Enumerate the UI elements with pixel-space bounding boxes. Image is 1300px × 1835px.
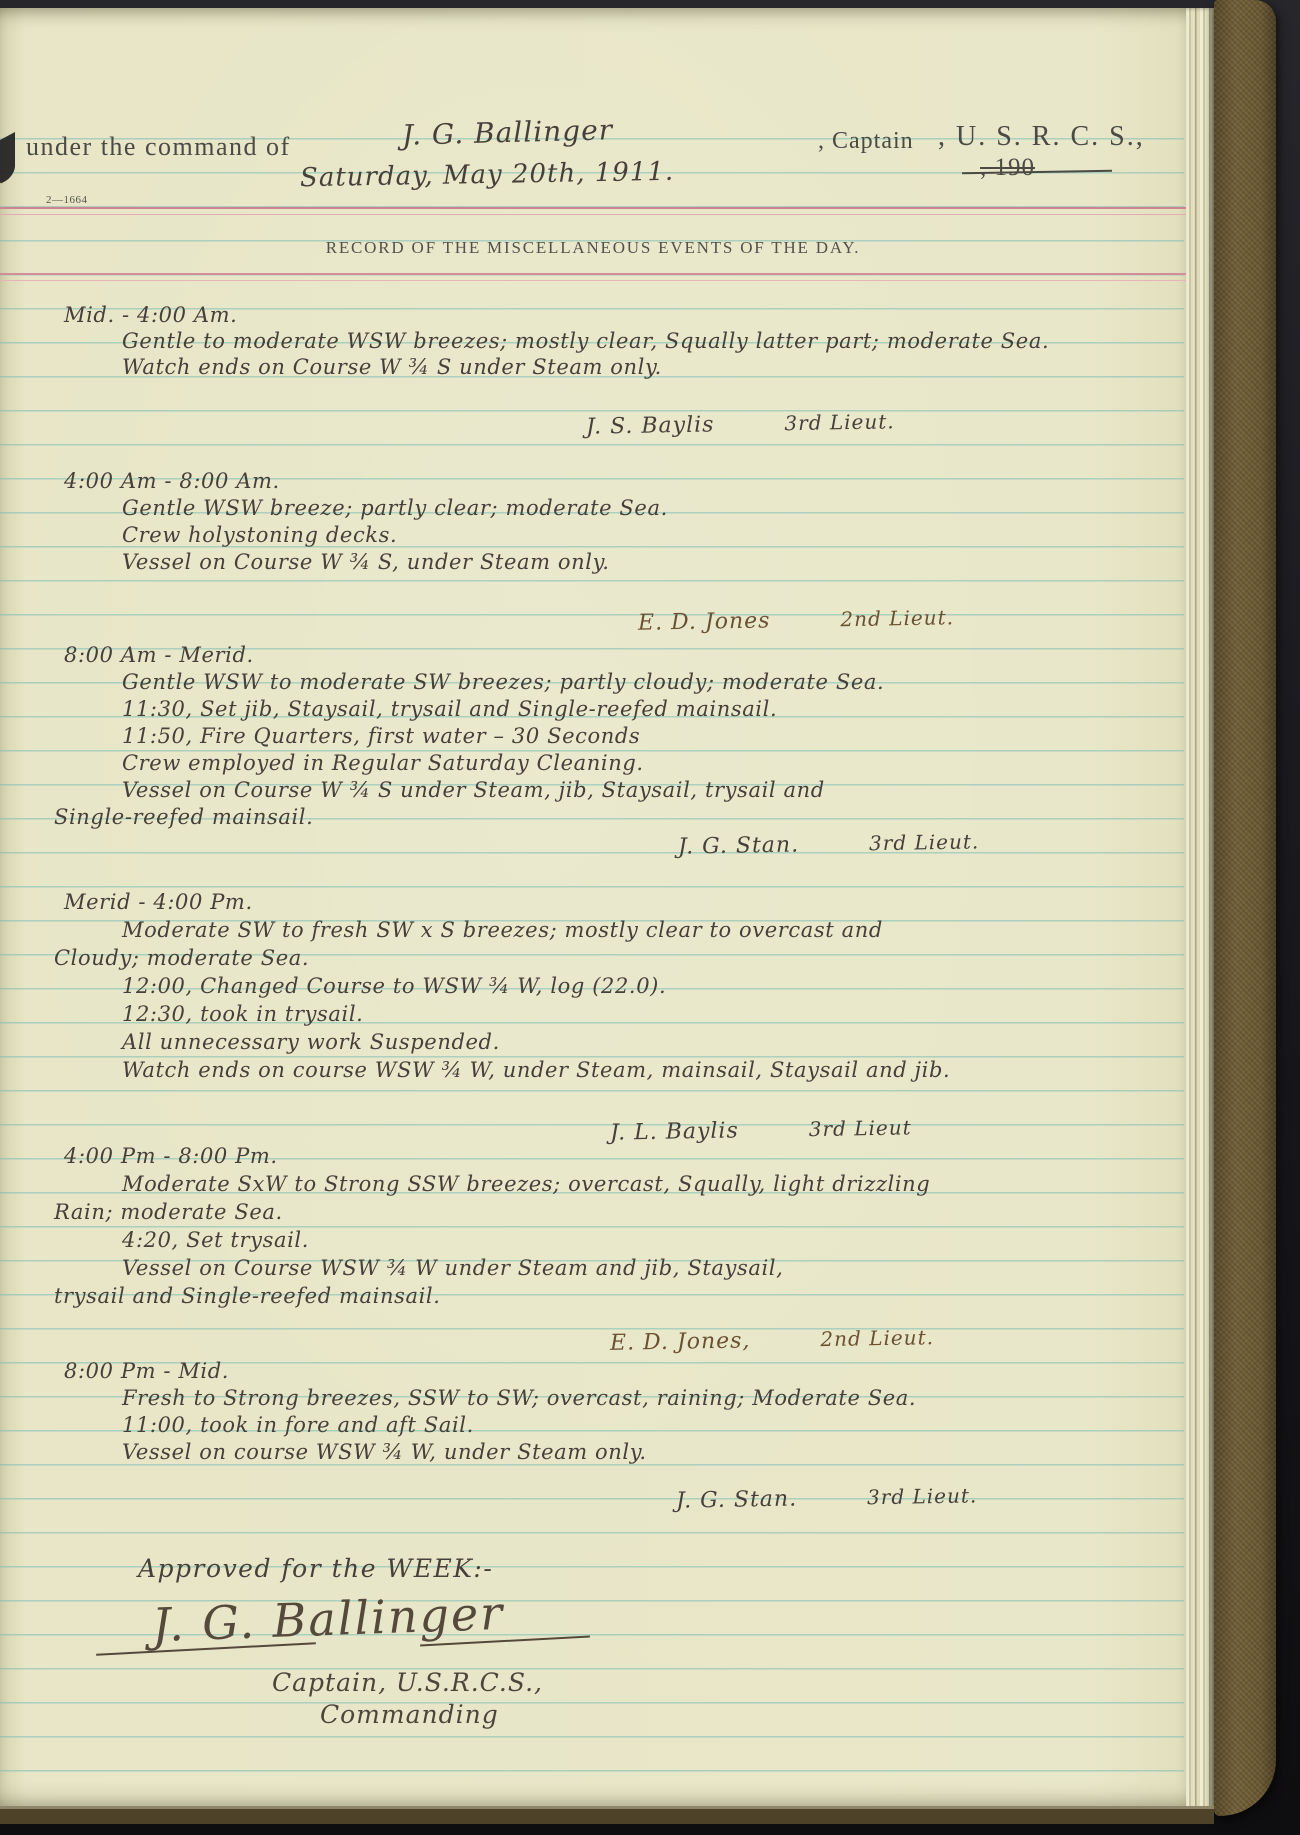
log-line: 4:20, Set trysail. (46, 1226, 1166, 1254)
officer-rank: 3rd Lieut. (867, 1483, 978, 1509)
watch-period: 4:00 Am - 8:00 Am. (46, 468, 1166, 495)
margin-line-bottom (0, 273, 1212, 281)
officer-signature: E. D. Jones2nd Lieut. (638, 605, 954, 636)
log-line: All unnecessary work Suspended. (46, 1028, 1166, 1056)
officer-rank: 3rd Lieut. (869, 829, 980, 855)
captain-role: Commanding (320, 1700, 499, 1729)
log-line: Watch ends on Course W ¾ S under Steam o… (46, 354, 1166, 380)
page-stack-edge (1186, 8, 1214, 1810)
officer-rank: 2nd Lieut. (840, 605, 954, 631)
log-entry: 8:00 Am - Merid.Gentle WSW to moderate S… (46, 642, 1166, 831)
log-line: Cloudy; moderate Sea. (46, 944, 1166, 972)
log-line: Gentle WSW breeze; partly clear; moderat… (46, 495, 1166, 522)
watch-period: 8:00 Am - Merid. (46, 642, 1166, 669)
log-line: Fresh to Strong breezes, SSW to SW; over… (46, 1385, 1166, 1412)
book-binding (1214, 0, 1276, 1816)
log-entry: Merid - 4:00 Pm.Moderate SW to fresh SW … (46, 888, 1166, 1084)
officer-name: E. D. Jones, (610, 1328, 751, 1355)
log-line: Vessel on Course W ¾ S, under Steam only… (46, 549, 1166, 576)
commander-name-signature: J. G. Ballinger (402, 113, 614, 152)
photo-background: under the command of J. G. Ballinger , C… (0, 0, 1300, 1835)
officer-signature: J. G. Stan.3rd Lieut. (676, 1483, 978, 1513)
log-line: Crew holystoning decks. (46, 522, 1166, 549)
captain-title: Captain, U.S.R.C.S., (272, 1668, 543, 1697)
log-line: 12:00, Changed Course to WSW ¾ W, log (2… (46, 972, 1166, 1000)
margin-line-top (0, 207, 1212, 215)
officer-rank: 2nd Lieut. (820, 1325, 934, 1351)
log-line: 11:00, took in fore and aft Sail. (46, 1412, 1166, 1439)
log-line: Gentle to moderate WSW breezes; mostly c… (46, 328, 1166, 354)
printed-service-label: , U. S. R. C. S., (938, 121, 1145, 153)
log-entry: 4:00 Pm - 8:00 Pm.Moderate SxW to Strong… (46, 1142, 1166, 1310)
printed-command-prefix: under the command of (26, 132, 291, 162)
officer-name: J. L. Baylis (610, 1118, 739, 1145)
watch-period: Merid - 4:00 Pm. (46, 888, 1166, 916)
printed-year-struck: , 190 (980, 154, 1035, 182)
watch-period: Mid. - 4:00 Am. (46, 302, 1166, 328)
log-line: 11:30, Set jib, Staysail, trysail and Si… (46, 696, 1166, 723)
log-line: Rain; moderate Sea. (46, 1198, 1166, 1226)
officer-name: J. G. Stan. (676, 1487, 797, 1514)
log-date: Saturday, May 20th, 1911. (300, 157, 675, 194)
officer-signature: J. S. Baylis3rd Lieut. (586, 409, 895, 439)
officer-rank: 3rd Lieut. (784, 409, 895, 435)
log-line: Moderate SW to fresh SW x S breezes; mos… (46, 916, 1166, 944)
form-number: 2—1664 (46, 194, 88, 206)
printed-captain-label: , Captain (818, 128, 914, 155)
photo-artifact (0, 132, 15, 184)
officer-name: J. S. Baylis (586, 412, 715, 439)
log-line: 12:30, took in trysail. (46, 1000, 1166, 1028)
log-line: trysail and Single-reefed mainsail. (46, 1282, 1166, 1310)
log-line: Vessel on Course WSW ¾ W under Steam and… (46, 1254, 1166, 1282)
log-entry: 4:00 Am - 8:00 Am.Gentle WSW breeze; par… (46, 468, 1166, 576)
officer-name: E. D. Jones (638, 608, 771, 635)
log-entry: Mid. - 4:00 Am.Gentle to moderate WSW br… (46, 302, 1166, 380)
officer-signature: J. L. Baylis3rd Lieut (610, 1115, 912, 1145)
watch-period: 4:00 Pm - 8:00 Pm. (46, 1142, 1166, 1170)
book-cover-bottom (0, 1806, 1214, 1824)
officer-signature: E. D. Jones,2nd Lieut. (610, 1325, 934, 1356)
logbook-page: under the command of J. G. Ballinger , C… (0, 8, 1186, 1806)
approval-label: Approved for the WEEK:- (138, 1554, 493, 1583)
officer-name: J. G. Stan. (678, 833, 799, 860)
log-line: Crew employed in Regular Saturday Cleani… (46, 750, 1166, 777)
log-entry: 8:00 Pm - Mid.Fresh to Strong breezes, S… (46, 1358, 1166, 1466)
log-line: Gentle WSW to moderate SW breezes; partl… (46, 669, 1166, 696)
log-line: 11:50, Fire Quarters, first water – 30 S… (46, 723, 1166, 750)
log-line: Single-reefed mainsail. (46, 804, 1166, 831)
log-line: Vessel on course WSW ¾ W, under Steam on… (46, 1439, 1166, 1466)
log-line: Vessel on Course W ¾ S under Steam, jib,… (46, 777, 1166, 804)
log-line: Moderate SxW to Strong SSW breezes; over… (46, 1170, 1166, 1198)
section-title: RECORD OF THE MISCELLANEOUS EVENTS OF TH… (0, 238, 1186, 258)
log-line: Watch ends on course WSW ¾ W, under Stea… (46, 1056, 1166, 1084)
officer-rank: 3rd Lieut (809, 1115, 912, 1141)
watch-period: 8:00 Pm - Mid. (46, 1358, 1166, 1385)
officer-signature: J. G. Stan.3rd Lieut. (678, 829, 980, 859)
